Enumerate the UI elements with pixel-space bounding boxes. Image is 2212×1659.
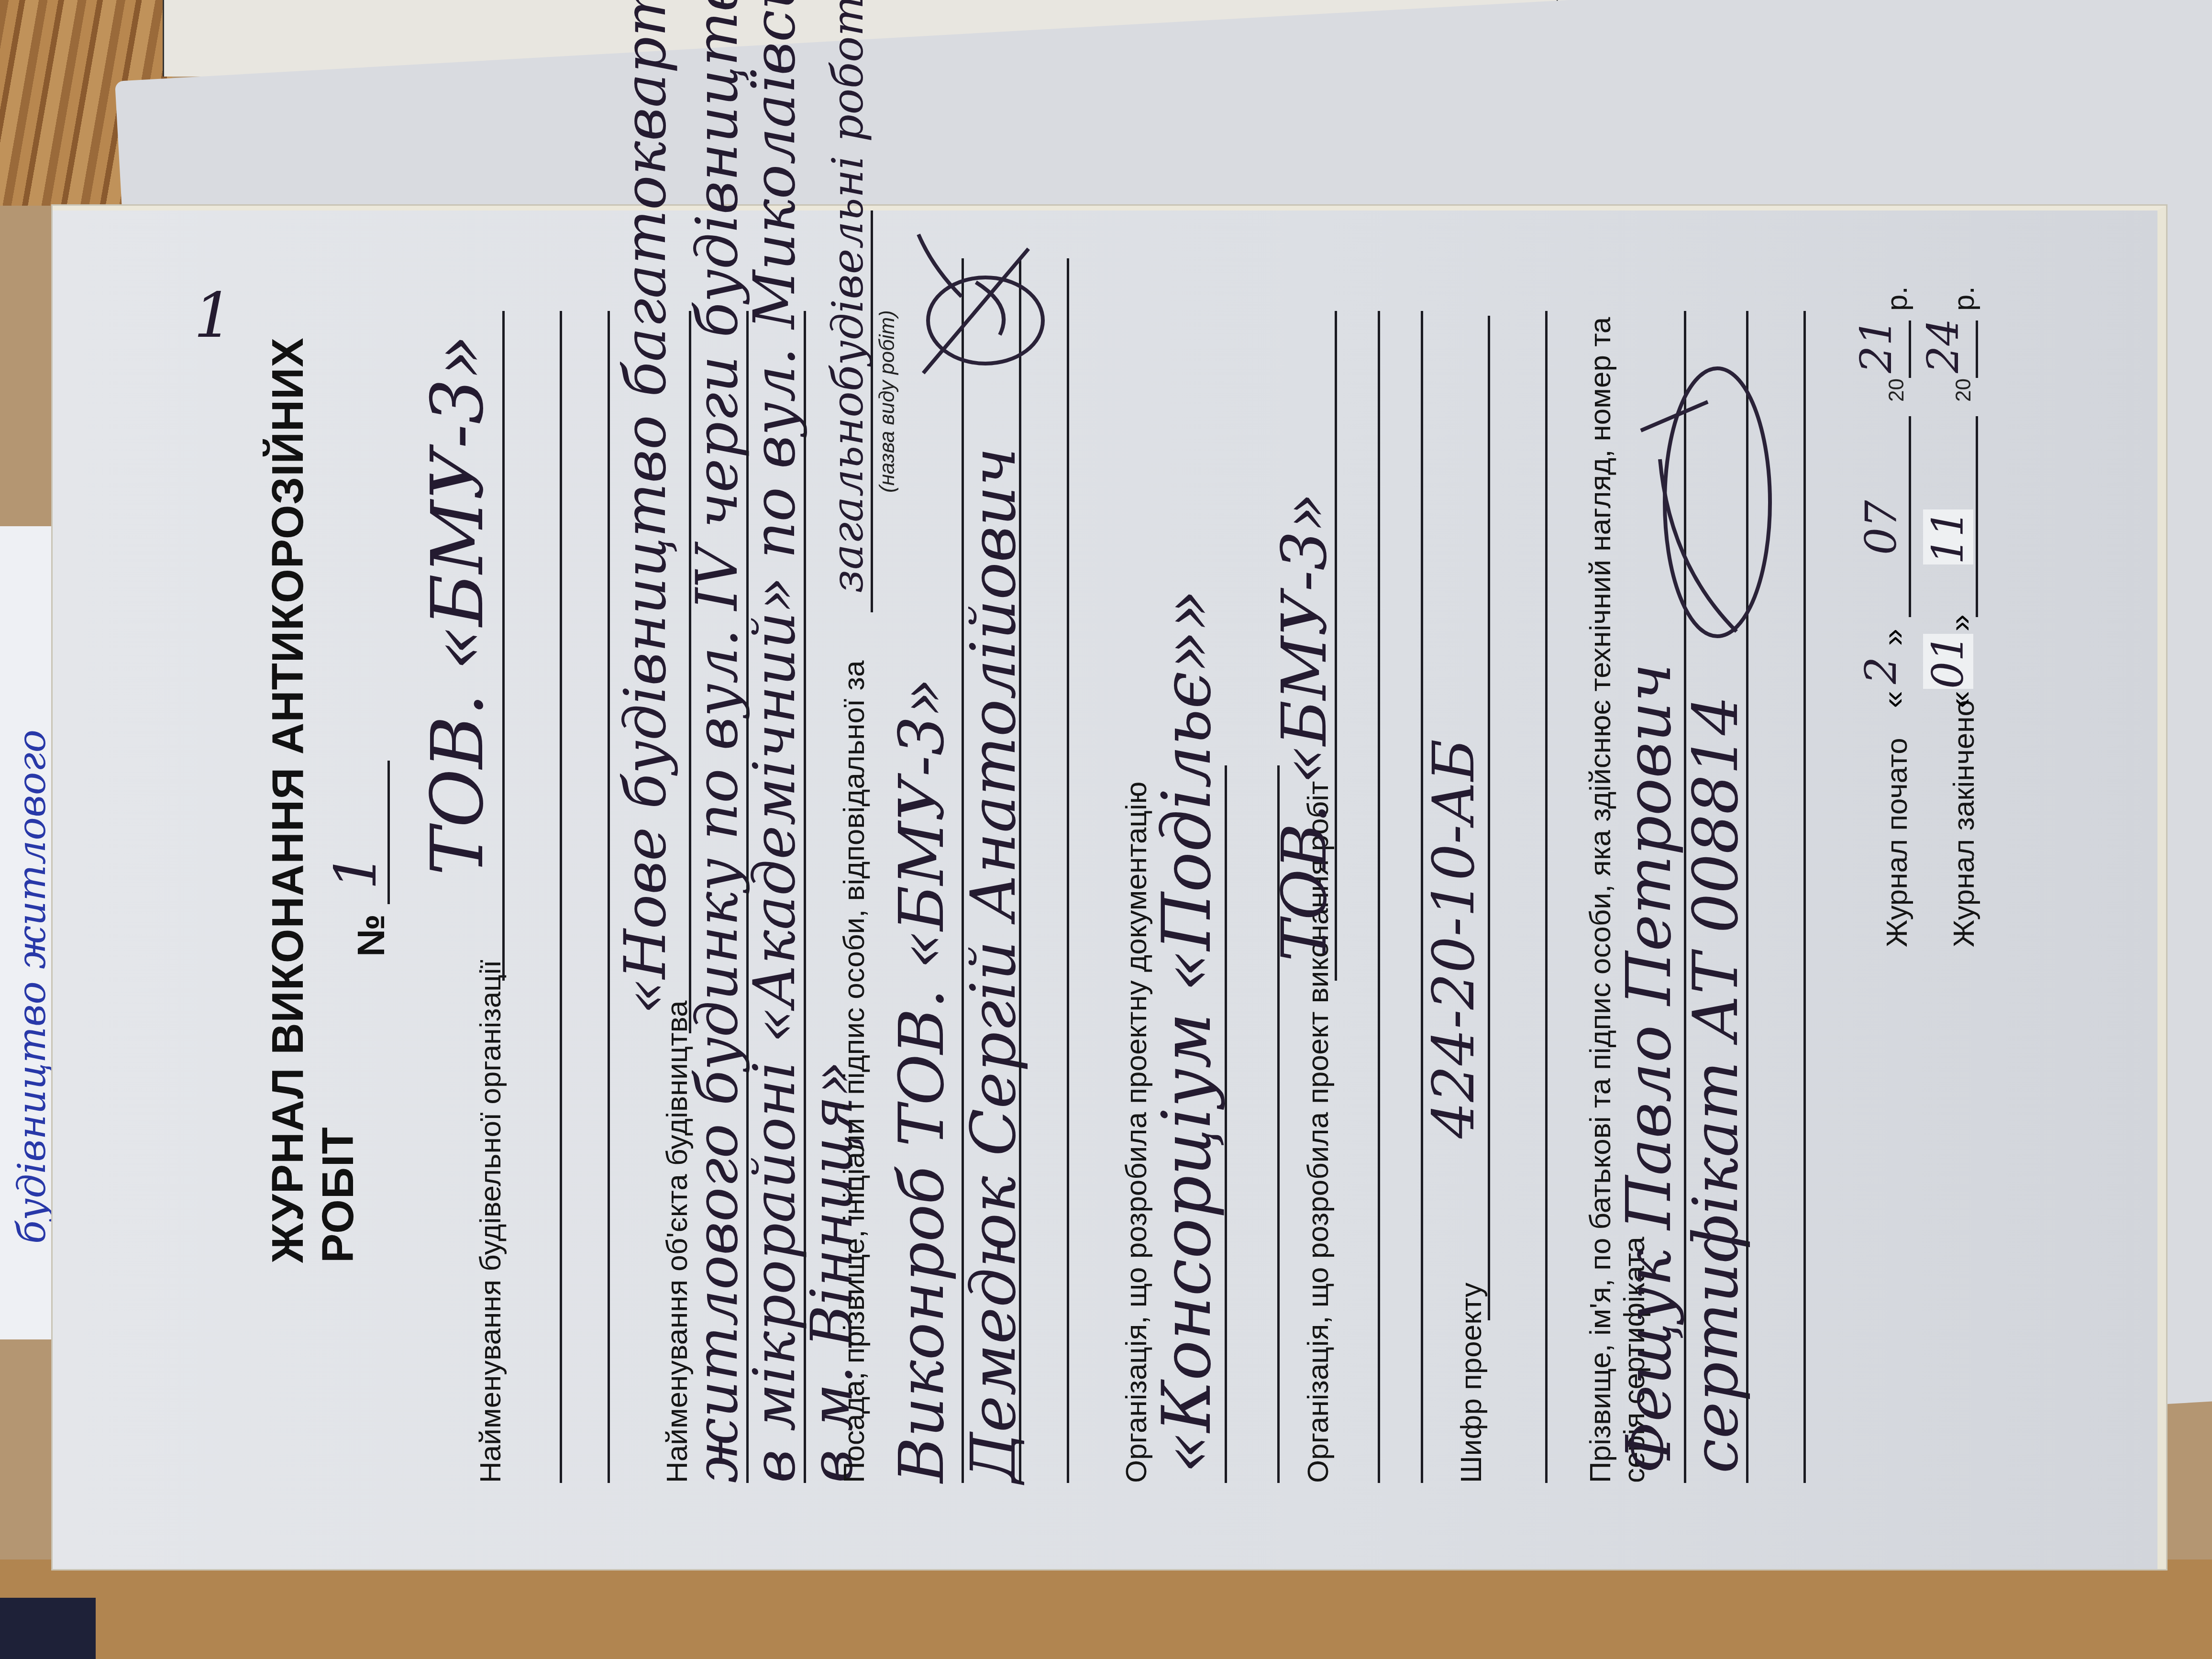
journal-finished-day[interactable]: 01 xyxy=(1923,634,1973,689)
date-open-quote: « xyxy=(1875,691,1911,708)
field-line xyxy=(1378,311,1380,1483)
project-code-label: Шифр проекту xyxy=(1454,1283,1488,1483)
field-line xyxy=(1019,258,1021,1483)
journal-title: ЖУРНАЛ ВИКОНАННЯ АНТИКОРОЗІЙНИХ РОБІТ xyxy=(263,210,364,1263)
object-name-line-1[interactable]: «Нове будівництво багатоквартирного xyxy=(612,0,679,1014)
object-name-line-3[interactable]: в мікрорайоні «Академічний» по вул. Мико… xyxy=(741,0,808,1483)
field-line xyxy=(1976,416,1978,617)
field-line xyxy=(1976,321,1978,378)
field-line xyxy=(608,311,610,1483)
journal-finished-suffix: р. xyxy=(1947,286,1981,311)
dark-folder xyxy=(0,1598,96,1659)
field-line xyxy=(1225,765,1227,1483)
field-line xyxy=(1488,316,1490,1320)
design-org-value[interactable]: «Консорціум «Подільє»» xyxy=(1148,589,1226,1473)
date-open-quote: « xyxy=(1942,691,1978,708)
journal-finished-year-prefix: 20 xyxy=(1952,378,1976,402)
journal-started-year[interactable]: 21 xyxy=(1851,318,1902,373)
project-code-value[interactable]: 424-20-10-АБ xyxy=(1421,739,1487,1139)
cardboard-cover xyxy=(0,1559,2212,1659)
journal-finished-label: Журнал закінчено xyxy=(1947,700,1981,947)
journal-started-label: Журнал почато xyxy=(1880,738,1914,947)
journal-number-value: 1 xyxy=(323,853,389,890)
field-line xyxy=(1909,321,1911,378)
field-line xyxy=(1067,258,1069,1483)
journal-finished-year[interactable]: 24 xyxy=(1918,318,1969,373)
work-plan-org-value[interactable]: ТОВ. «БМУ-3» xyxy=(1268,493,1340,962)
responsible-person-label: Посада, прізвище, ініціали і підпис особ… xyxy=(837,661,871,1483)
responsible-person-line-1[interactable]: Виконроб ТОВ. «БМУ-3» xyxy=(885,678,958,1483)
field-line xyxy=(560,311,562,1483)
field-line xyxy=(1803,311,1806,1483)
field-line xyxy=(1909,416,1911,617)
journal-started-suffix: р. xyxy=(1880,286,1914,311)
work-type-caption: (назва виду робіт) xyxy=(875,310,899,493)
field-line xyxy=(871,210,873,612)
tech-supervision-line-1[interactable]: Фещук Павло Петрович xyxy=(1612,663,1685,1473)
builder-org-label: Найменування будівельної організації xyxy=(474,960,508,1483)
field-line xyxy=(502,311,505,981)
tech-supervision-line-2[interactable]: сертифікат АТ 008814 xyxy=(1679,696,1752,1473)
journal-page: 1 ЖУРНАЛ ВИКОНАННЯ АНТИКОРОЗІЙНИХ РОБІТ … xyxy=(53,206,2166,1569)
builder-org-value[interactable]: ТОВ. «БМУ-3» xyxy=(416,335,499,876)
signature-supervision xyxy=(1612,325,1813,660)
journal-number-label: № xyxy=(349,914,393,957)
journal-started-year-prefix: 20 xyxy=(1885,378,1909,402)
journal-started-month[interactable]: 07 xyxy=(1856,500,1906,555)
field-line xyxy=(1545,311,1548,1483)
work-type-value[interactable]: загальнобудівельні роботи xyxy=(823,0,873,593)
signature-responsible xyxy=(904,220,1057,392)
date-close-quote: » xyxy=(1875,629,1911,646)
date-close-quote: » xyxy=(1942,614,1978,631)
page-number: 1 xyxy=(194,279,233,352)
field-line xyxy=(1335,311,1337,981)
journal-finished-month[interactable]: 11 xyxy=(1923,509,1973,564)
journal-started-day[interactable]: 2 xyxy=(1856,657,1906,684)
object-name-line-2[interactable]: житлового будинку по вул. IV черги будів… xyxy=(684,0,751,1483)
number-underline xyxy=(387,761,390,904)
